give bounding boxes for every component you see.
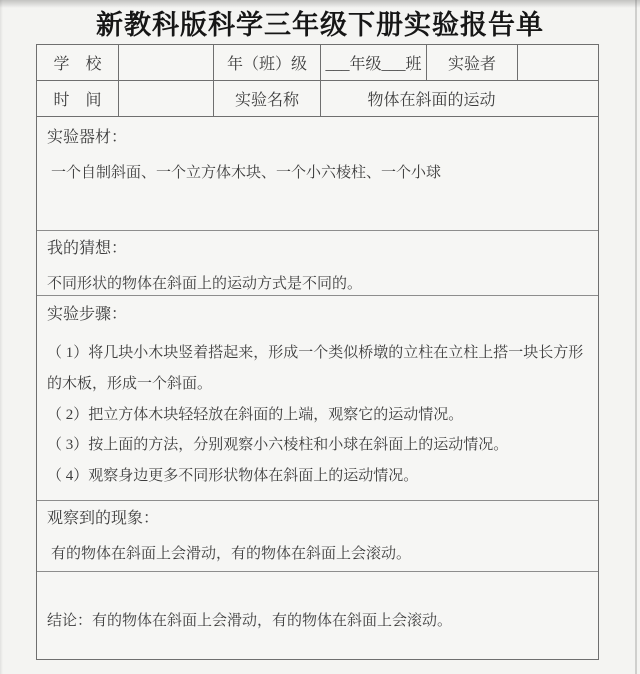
scanned-report-page: 新教科版科学三年级下册实验报告单 学 校 年（班）级 ___年级___班 实验者… <box>0 0 640 674</box>
page-top-edge-shadow <box>0 0 640 8</box>
page-title: 新教科版科学三年级下册实验报告单 <box>0 9 640 41</box>
time-label-cell: 时 间 <box>37 81 119 116</box>
section-guess: 我的猜想： 不同形状的物体在斜面上的运动方式是不同的。 <box>37 230 598 295</box>
experiment-name-label-cell: 实验名称 <box>214 81 321 116</box>
experiment-report-table: 学 校 年（班）级 ___年级___班 实验者 时 间 实验名称 物体在斜面的运… <box>36 44 599 660</box>
guess-label: 我的猜想： <box>47 238 590 260</box>
conclusion-text: 结论：有的物体在斜面上会滑动，有的物体在斜面上会滚动。 <box>47 610 452 632</box>
experiment-name-value-cell: 物体在斜面的运动 <box>321 81 598 116</box>
step-item-1: （ 1）将几块小木块竖着搭起来，形成一个类似桥墩的立柱在立柱上搭一块长方形的木板… <box>47 338 590 400</box>
steps-label: 实验步骤： <box>47 304 590 326</box>
grade-label-cell: 年（班）级 <box>214 45 321 80</box>
phenomena-text: 有的物体在斜面上会滑动，有的物体在斜面上会滚动。 <box>47 543 590 565</box>
section-conclusion: 结论：有的物体在斜面上会滑动，有的物体在斜面上会滚动。 <box>37 571 598 669</box>
school-value-cell <box>119 45 214 80</box>
time-value-cell <box>119 81 214 116</box>
equipment-text: 一个自制斜面、一个立方体木块、一个小六棱柱、一个小球 <box>47 162 590 184</box>
section-steps: 实验步骤： （ 1）将几块小木块竖着搭起来，形成一个类似桥墩的立柱在立柱上搭一块… <box>37 295 598 500</box>
experimenter-value-cell <box>518 45 598 80</box>
step-item-2: （ 2）把立方体木块轻轻放在斜面的上端，观察它的运动情况。 <box>47 400 590 431</box>
grade-value-cell: ___年级___班 <box>321 45 427 80</box>
step-item-3: （ 3）按上面的方法，分别观察小六棱柱和小球在斜面上的运动情况。 <box>47 430 590 461</box>
header-row-school: 学 校 年（班）级 ___年级___班 实验者 <box>37 45 598 81</box>
experimenter-label-cell: 实验者 <box>427 45 518 80</box>
step-item-4: （ 4）观察身边更多不同形状物体在斜面上的运动情况。 <box>47 461 590 492</box>
header-row-time: 时 间 实验名称 物体在斜面的运动 <box>37 81 598 117</box>
equipment-label: 实验器材： <box>47 127 590 149</box>
phenomena-label: 观察到的现象： <box>47 508 590 530</box>
page-left-edge-shadow <box>0 0 3 674</box>
guess-text: 不同形状的物体在斜面上的运动方式是不同的。 <box>47 273 590 295</box>
page-right-edge-shadow <box>635 0 637 674</box>
section-equipment: 实验器材： 一个自制斜面、一个立方体木块、一个小六棱柱、一个小球 <box>37 127 598 230</box>
steps-list: （ 1）将几块小木块竖着搭起来，形成一个类似桥墩的立柱在立柱上搭一块长方形的木板… <box>47 338 590 492</box>
section-phenomena: 观察到的现象： 有的物体在斜面上会滑动，有的物体在斜面上会滚动。 <box>37 500 598 571</box>
school-label-cell: 学 校 <box>37 45 119 80</box>
